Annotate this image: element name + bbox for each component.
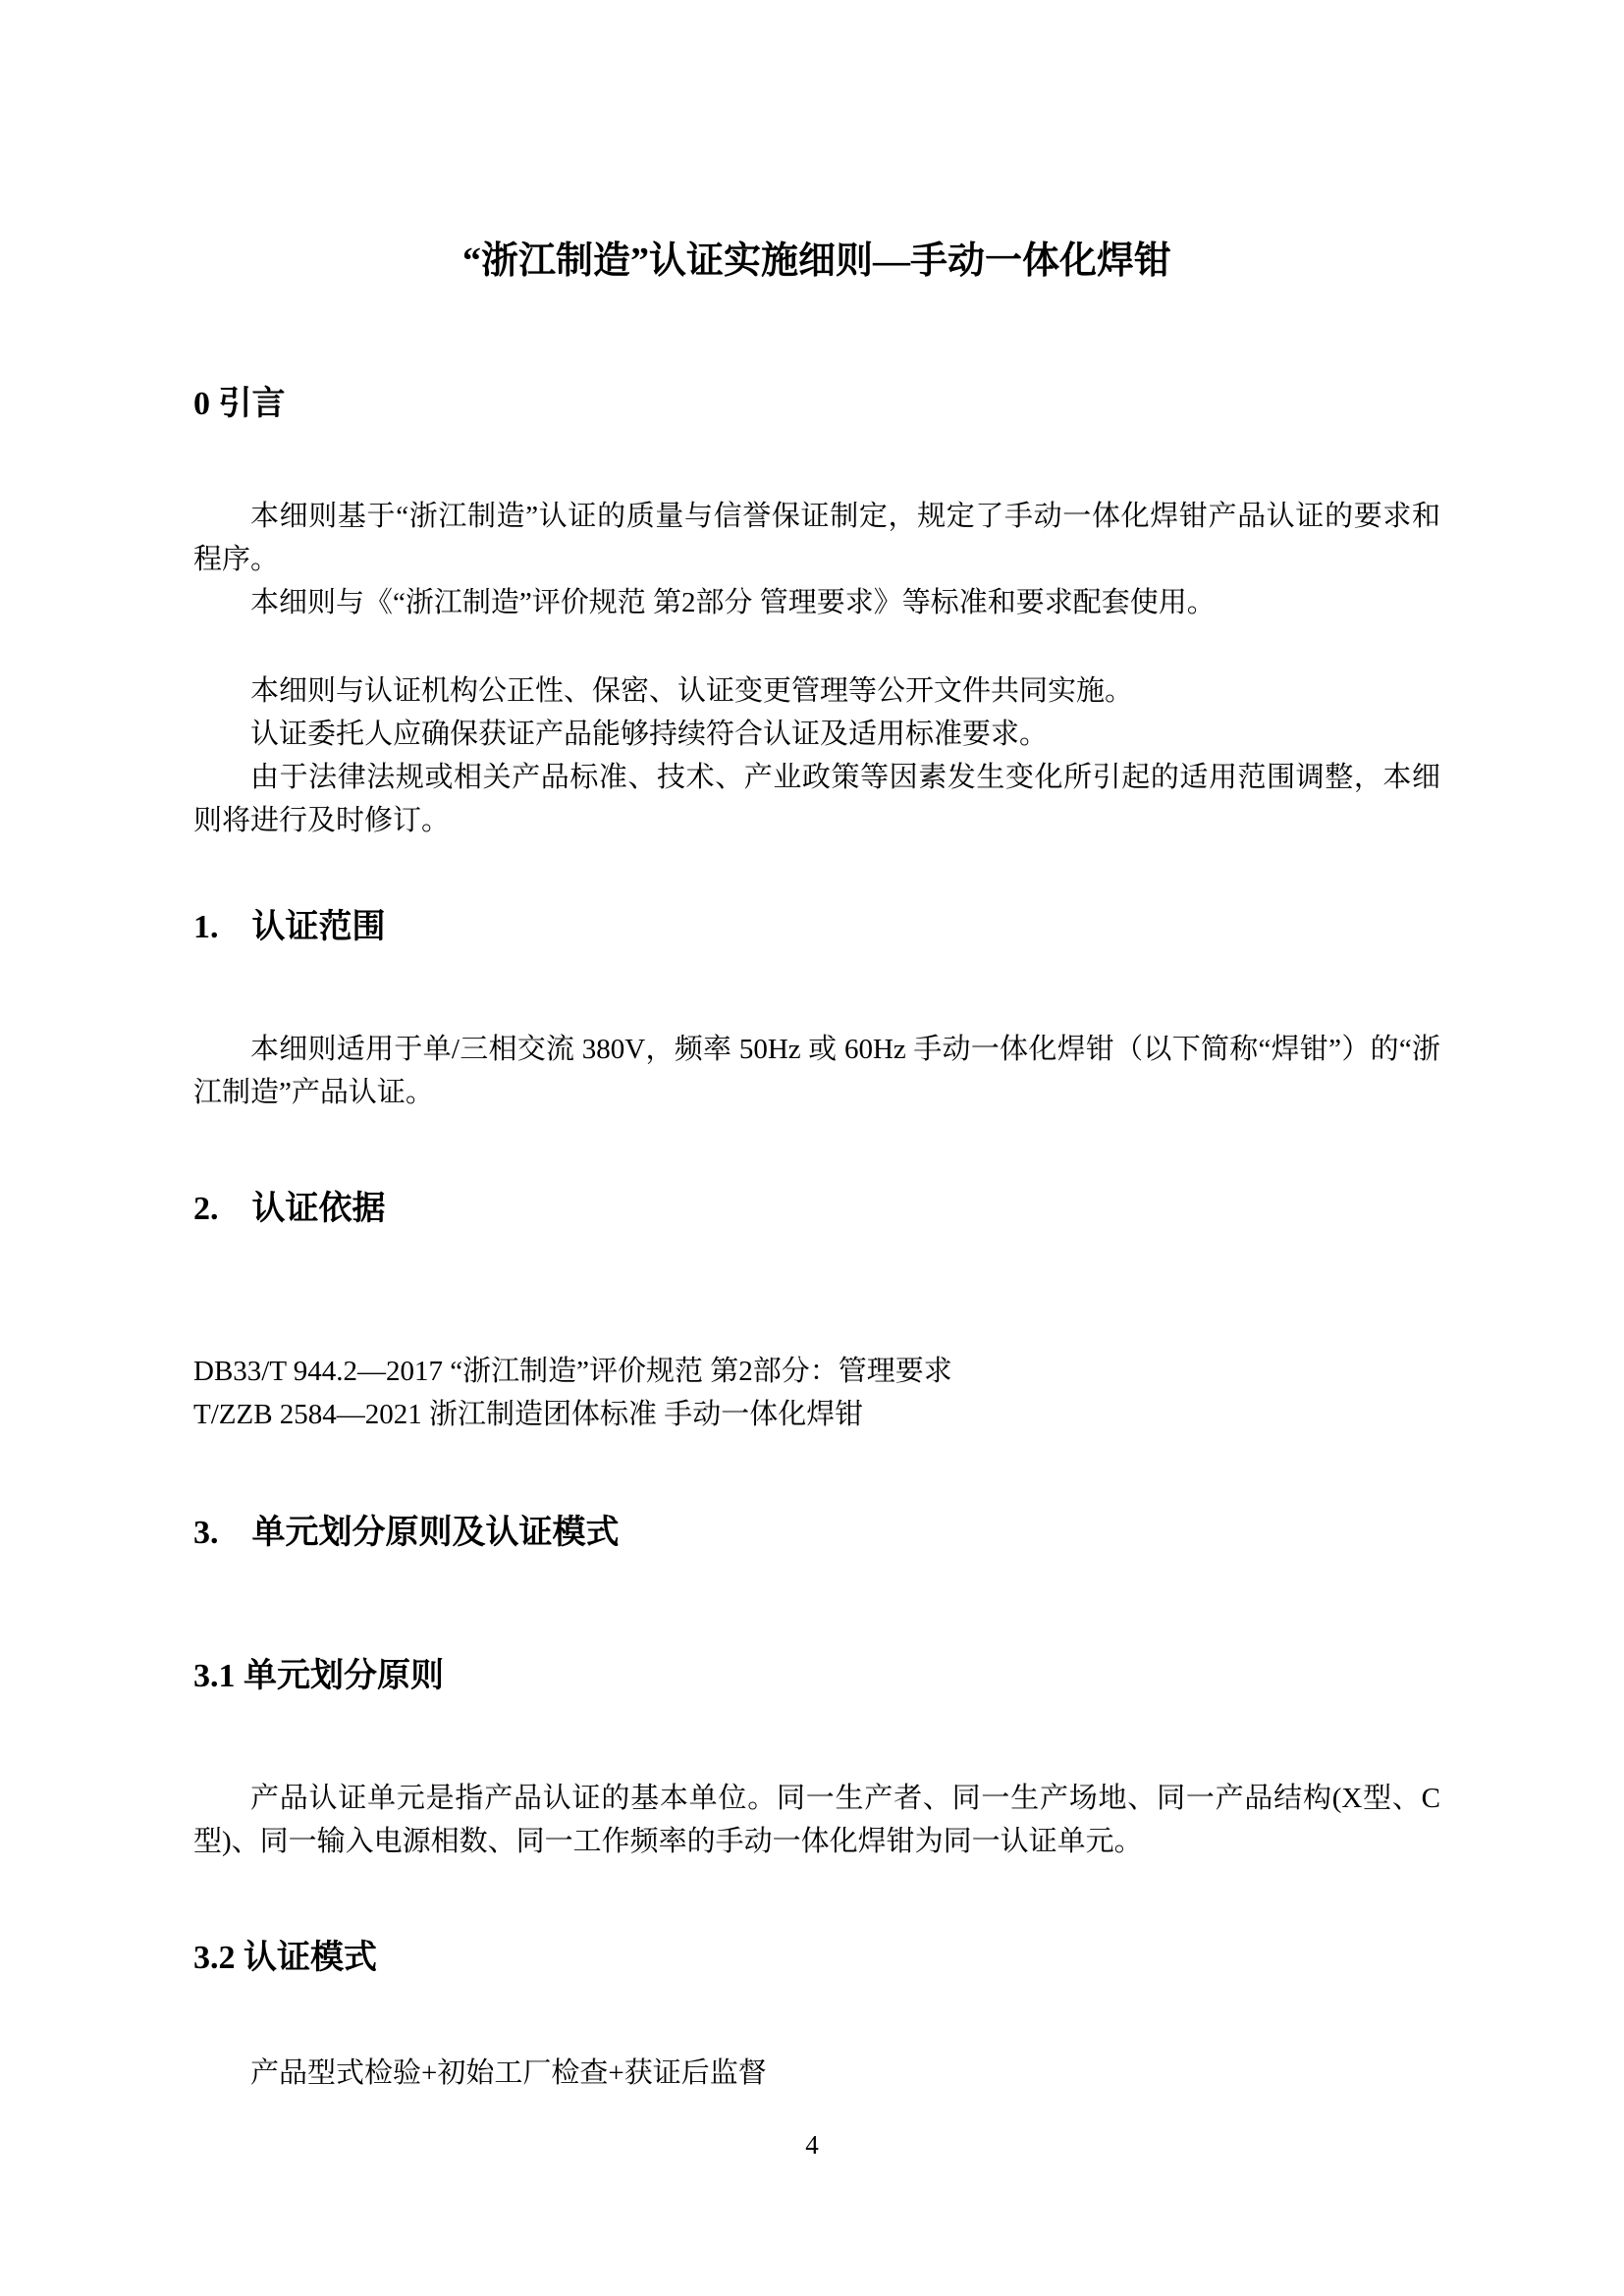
heading-unit-division-and-mode: 3. 单元划分原则及认证模式 [193, 1512, 1440, 1555]
heading-certification-basis: 2. 认证依据 [193, 1188, 1440, 1231]
heading-intro: 0 引言 [193, 383, 1440, 426]
reference-standard-2: T/ZZB 2584—2021 浙江制造团体标准 手动一体化焊钳 [193, 1393, 1440, 1436]
document-content: “浙江制造”认证实施细则—手动一体化焊钳 0 引言 本细则基于“浙江制造”认证的… [193, 0, 1440, 2095]
paragraph-intro-5: 由于法律法规或相关产品标准、技术、产业政策等因素发生变化所引起的适用范围调整，本… [193, 756, 1440, 842]
page-number: 4 [0, 2128, 1624, 2162]
heading-unit-division-principle: 3.1 单元划分原则 [193, 1655, 1440, 1698]
heading-certification-mode: 3.2 认证模式 [193, 1937, 1440, 1980]
heading-certification-scope: 1. 认证范围 [193, 906, 1440, 949]
paragraph-certification-scope: 本细则适用于单/三相交流 380V，频率 50Hz 或 60Hz 手动一体化焊钳… [193, 1028, 1440, 1114]
reference-standard-1: DB33/T 944.2—2017 “浙江制造”评价规范 第2部分：管理要求 [193, 1350, 1440, 1393]
paragraph-intro-3: 本细则与认证机构公正性、保密、认证变更管理等公开文件共同实施。 [193, 669, 1440, 713]
paragraph-intro-2: 本细则与《“浙江制造”评价规范 第2部分 管理要求》等标准和要求配套使用。 [193, 581, 1440, 624]
paragraph-intro-4: 认证委托人应确保获证产品能够持续符合认证及适用标准要求。 [193, 713, 1440, 756]
document-page: “浙江制造”认证实施细则—手动一体化焊钳 0 引言 本细则基于“浙江制造”认证的… [0, 0, 1624, 2296]
paragraph-certification-mode: 产品型式检验+初始工厂检查+获证后监督 [193, 2052, 1440, 2095]
paragraph-intro-1: 本细则基于“浙江制造”认证的质量与信誉保证制定，规定了手动一体化焊钳产品认证的要… [193, 495, 1440, 581]
paragraph-unit-division-principle: 产品认证单元是指产品认证的基本单位。同一生产者、同一生产场地、同一产品结构(X型… [193, 1777, 1440, 1863]
document-title: “浙江制造”认证实施细则—手动一体化焊钳 [193, 239, 1440, 284]
